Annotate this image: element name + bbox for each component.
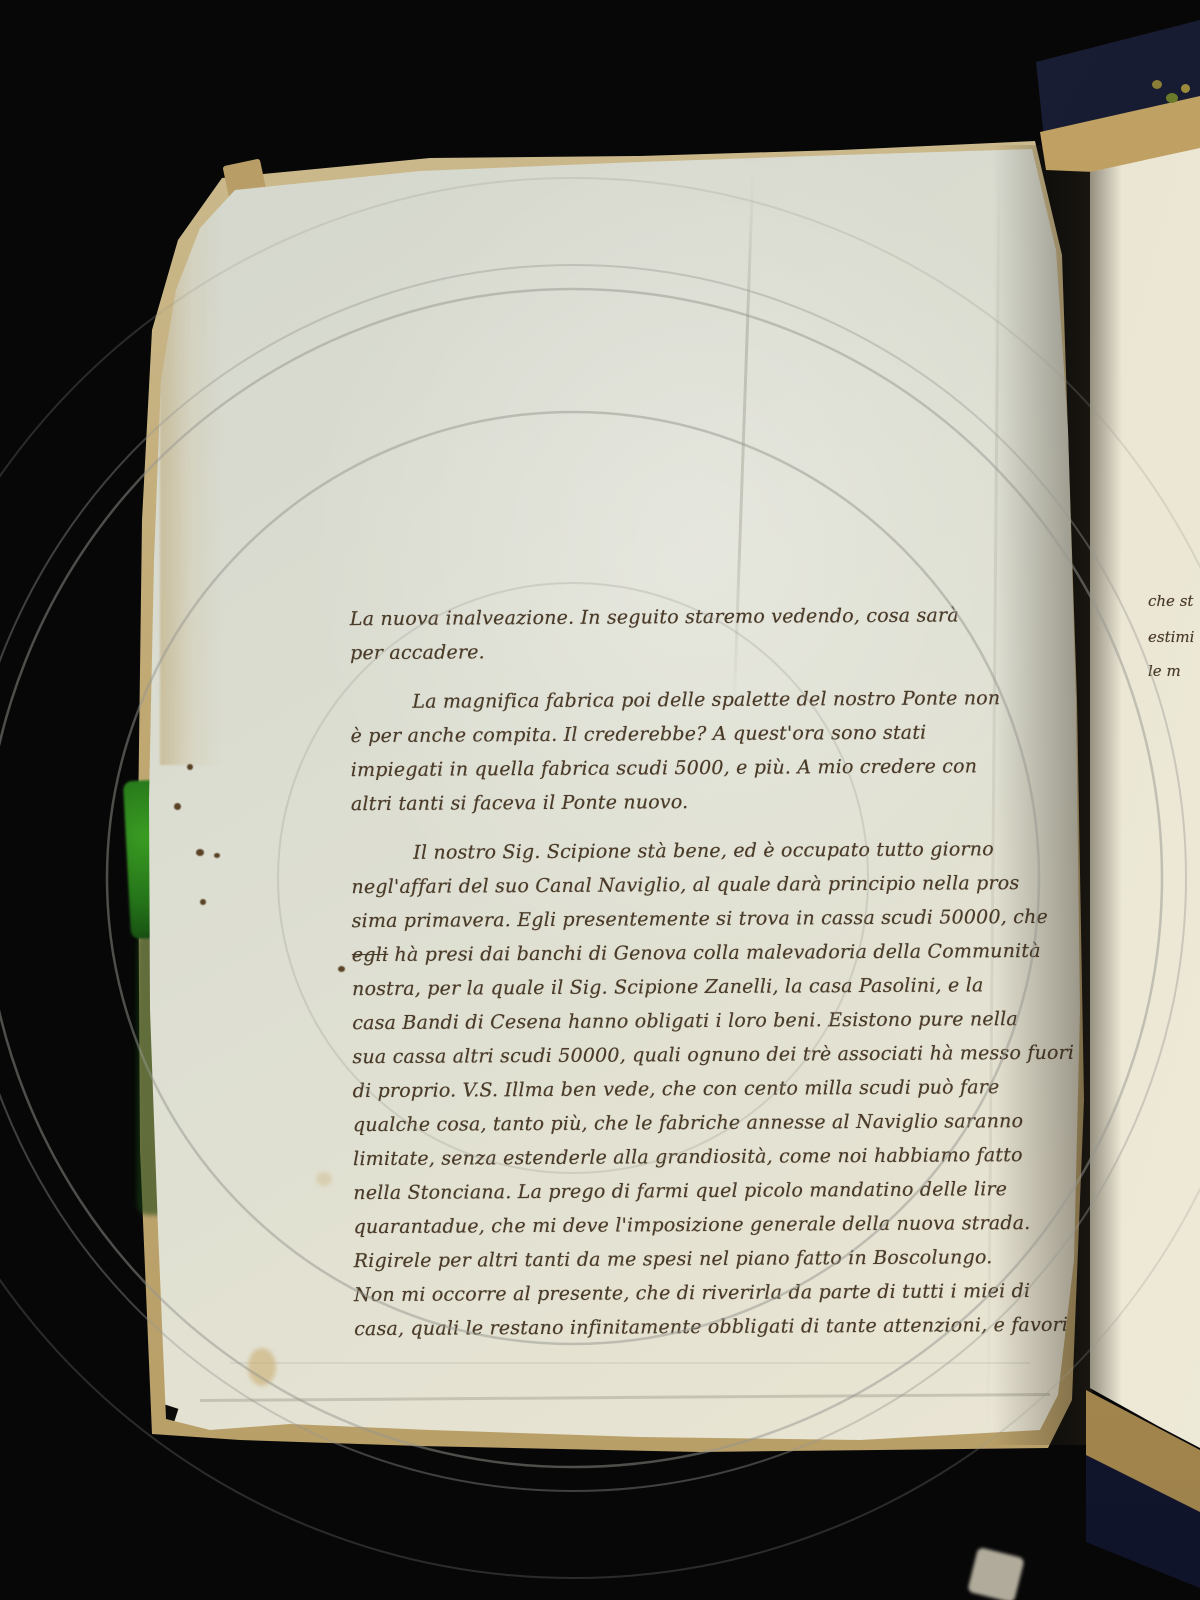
facing-page-text-fragment: che st xyxy=(1148,592,1193,610)
gutter-shadow xyxy=(992,145,1092,1445)
manuscript-line: limitate, senza estenderle alla grandios… xyxy=(353,1138,1053,1176)
manuscript-line: La magnifica fabrica poi delle spalette … xyxy=(412,681,1050,719)
manuscript-photograph: La nuova inalveazione. In seguito starem… xyxy=(0,0,1200,1600)
ink-stain xyxy=(196,849,204,856)
gutter-bottom-paper-edge xyxy=(967,1547,1025,1600)
manuscript-line: è per anche compita. Il crederebbe? A qu… xyxy=(350,715,1050,753)
manuscript-line: impiegati in quella fabrica scudi 5000, … xyxy=(351,749,1051,787)
gilt-tooling-speck xyxy=(1166,93,1178,103)
ink-stain xyxy=(174,803,181,810)
manuscript-line: sua cassa altri scudi 50000, quali ognun… xyxy=(352,1036,1052,1074)
manuscript-line: nostra, per la quale il Sig. Scipione Za… xyxy=(352,968,1052,1006)
paper-crease xyxy=(230,1362,1030,1364)
facing-page-text-fragment: estimi xyxy=(1148,628,1194,646)
manuscript-line: Rigirele per altri tanti da me spesi nel… xyxy=(354,1240,1054,1278)
manuscript-line: egli hà presi dai banchi di Genova colla… xyxy=(352,934,1052,972)
ink-stain xyxy=(187,764,193,770)
ink-stain xyxy=(338,966,345,972)
facing-page-text-fragment: le m xyxy=(1148,662,1181,680)
manuscript-line: qualche cosa, tanto più, che le fabriche… xyxy=(353,1104,1053,1142)
struck-word: egli xyxy=(352,944,389,966)
manuscript-line: nella Stonciana. La prego di farmi quel … xyxy=(353,1172,1053,1210)
manuscript-line: casa, quali le restano infinitamente obb… xyxy=(354,1308,1054,1346)
letter-text-block: La nuova inalveazione. In seguito starem… xyxy=(350,598,1055,1346)
manuscript-line: altri tanti si faceva il Ponte nuovo. xyxy=(351,783,1051,821)
manuscript-line: di proprio. V.S. Illma ben vede, che con… xyxy=(353,1070,1053,1108)
gilt-tooling-speck xyxy=(1152,80,1162,89)
manuscript-line: La nuova inalveazione. In seguito starem… xyxy=(350,598,1050,636)
manuscript-line: Non mi occorre al presente, che di river… xyxy=(354,1274,1054,1312)
ink-stain xyxy=(214,853,220,858)
facing-page-gutter-shade xyxy=(1088,150,1122,1430)
ink-stain xyxy=(200,899,206,905)
manuscript-line: sima primavera. Egli presentemente si tr… xyxy=(352,900,1052,938)
manuscript-line: quarantadue, che mi deve l'imposizione g… xyxy=(353,1206,1053,1244)
manuscript-line: negl'affari del suo Canal Naviglio, al q… xyxy=(351,866,1051,904)
foxing-stain xyxy=(316,1172,332,1186)
manuscript-line: per accadere. xyxy=(350,632,1050,670)
gilt-tooling-speck xyxy=(1181,84,1190,93)
manuscript-line: casa Bandi di Cesena hanno obligati i lo… xyxy=(352,1002,1052,1040)
manuscript-line: Il nostro Sig. Scipione stà bene, ed è o… xyxy=(413,832,1051,870)
foxing-stain xyxy=(248,1348,276,1386)
